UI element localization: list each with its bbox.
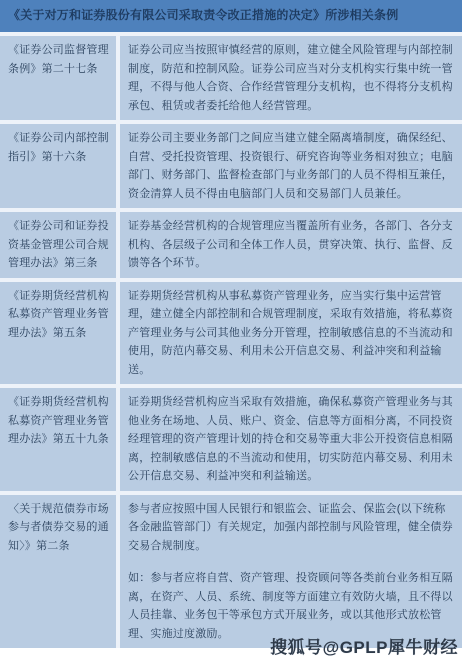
table-row: 《证券公司和证券投资基金管理公司合规管理办法》第三条 证券基金经营机构的合规管理… <box>0 212 462 278</box>
content-cell: 证券公司应当按照审慎经营的原则，建立健全风险管理与内部控制制度，防范和控制风险。… <box>120 36 462 120</box>
table-row: 《证券期货经营机构私募资产管理业务管理办法》第五十九条 证券期货经营机构应当采取… <box>0 388 462 491</box>
regulation-cell: 《证券公司监督管理条例》第二十七条 <box>0 36 116 120</box>
sohu-watermark: 搜狐号@GPLP犀牛财经 <box>270 633 458 658</box>
regulation-cell: 《证券期货经营机构私募资产管理业务管理办法》第五条 <box>0 282 116 385</box>
content-paragraph: 如：参与者应将自营、资产管理、投资顾问等各类前台业务相互隔离，在资产、人员、系统… <box>128 569 456 643</box>
regulation-cell: 《证券公司内部控制指引》第十六条 <box>0 124 116 208</box>
regulation-cell: 〈关于规范债券市场参与者债券交易的通知〉》第二条 <box>0 495 116 649</box>
content-cell: 证券基金经营机构的合规管理应当覆盖所有业务，各部门、各分支机构、各层级子公司和全… <box>120 212 462 278</box>
table-title-bar: 《关于对万和证券股份有限公司采取责令改正措施的决定》所涉相关条例 <box>0 0 462 32</box>
content-paragraph: 参与者应按照中国人民银行和银监会、证监会、保监会(以下统称各金融监管部门）有关规… <box>128 500 456 556</box>
regulation-cell: 《证券公司和证券投资基金管理公司合规管理办法》第三条 <box>0 212 116 278</box>
content-paragraph: 证券期货经营机构应当采取有效措施，确保私募资产管理业务与其他业务在场地、人员、账… <box>128 393 456 486</box>
table-row: 〈关于规范债券市场参与者债券交易的通知〉》第二条 参与者应按照中国人民银行和银监… <box>0 495 462 649</box>
content-cell: 证券期货经营机构从事私募资产管理业务，应当实行集中运营管理，建立健全内部控制和合… <box>120 282 462 385</box>
regulation-table: 《关于对万和证券股份有限公司采取责令改正措施的决定》所涉相关条例 《证券公司监督… <box>0 0 462 648</box>
article-table-image: 《关于对万和证券股份有限公司采取责令改正措施的决定》所涉相关条例 《证券公司监督… <box>0 0 462 665</box>
content-cell: 证券公司主要业务部门之间应当建立健全隔离墙制度，确保经纪、自营、受托投资管理、投… <box>120 124 462 208</box>
content-paragraph: 证券公司应当按照审慎经营的原则，建立健全风险管理与内部控制制度，防范和控制风险。… <box>128 41 456 115</box>
table-row: 《证券公司内部控制指引》第十六条 证券公司主要业务部门之间应当建立健全隔离墙制度… <box>0 124 462 208</box>
table-title: 《关于对万和证券股份有限公司采取责令改正措施的决定》所涉相关条例 <box>8 8 398 22</box>
content-paragraph: 证券基金经营机构的合规管理应当覆盖所有业务，各部门、各分支机构、各层级子公司和全… <box>128 217 456 273</box>
table-row: 《证券公司监督管理条例》第二十七条 证券公司应当按照审慎经营的原则，建立健全风险… <box>0 36 462 120</box>
regulation-cell: 《证券期货经营机构私募资产管理业务管理办法》第五十九条 <box>0 388 116 491</box>
table-row: 《证券期货经营机构私募资产管理业务管理办法》第五条 证券期货经营机构从事私募资产… <box>0 282 462 385</box>
content-paragraph: 证券公司主要业务部门之间应当建立健全隔离墙制度，确保经纪、自营、受托投资管理、投… <box>128 129 456 203</box>
content-cell: 证券期货经营机构应当采取有效措施，确保私募资产管理业务与其他业务在场地、人员、账… <box>120 388 462 491</box>
content-cell: 参与者应按照中国人民银行和银监会、证监会、保监会(以下统称各金融监管部门）有关规… <box>120 495 462 649</box>
content-paragraph: 证券期货经营机构从事私募资产管理业务，应当实行集中运营管理，建立健全内部控制和合… <box>128 287 456 380</box>
